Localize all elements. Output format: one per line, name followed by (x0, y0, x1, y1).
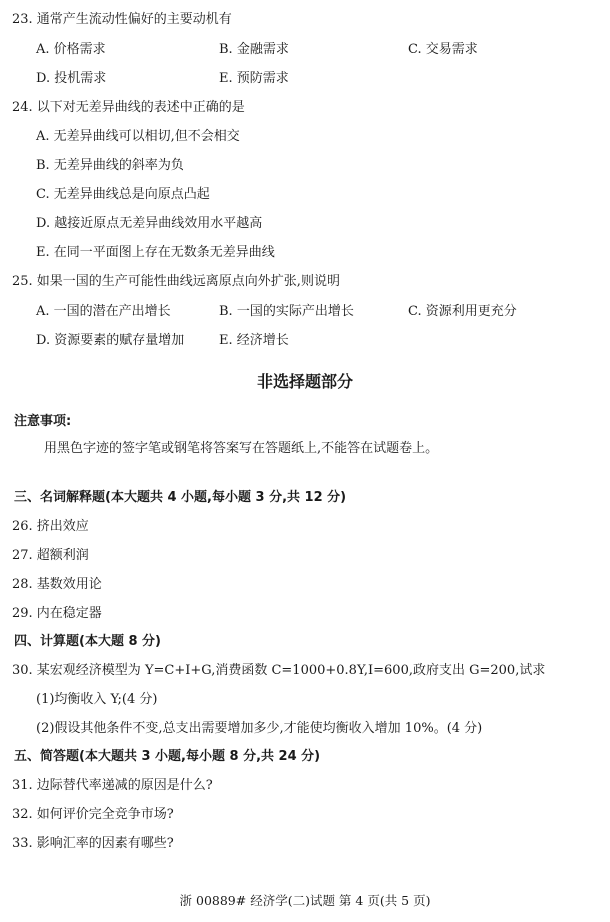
question-31: 31. 边际替代率递减的原因是什么? (12, 777, 213, 795)
q25-option-d: D. 资源要素的赋存量增加 (36, 332, 184, 350)
notice-text: 用黑色字迹的签字笔或钢笔将答案写在答题纸上,不能答在试题卷上。 (44, 440, 438, 458)
q25-option-c: C. 资源利用更充分 (408, 303, 517, 321)
part3-heading: 三、名词解释题(本大题共 4 小题,每小题 3 分,共 12 分) (14, 489, 346, 507)
q23-option-c: C. 交易需求 (408, 41, 478, 59)
section-title: 非选择题部分 (0, 373, 610, 391)
notice-heading: 注意事项: (14, 413, 71, 431)
question-23-stem: 23. 通常产生流动性偏好的主要动机有 (12, 11, 232, 29)
q24-option-d: D. 越接近原点无差异曲线效用水平越高 (36, 215, 262, 233)
q24-option-a: A. 无差异曲线可以相切,但不会相交 (36, 128, 240, 146)
term-26: 26. 挤出效应 (12, 518, 89, 536)
question-30-stem: 30. 某宏观经济模型为 Y=C+I+G,消费函数 C=1000+0.8Y,I=… (12, 662, 545, 680)
q25-option-a: A. 一国的潜在产出增长 (36, 303, 171, 321)
term-28: 28. 基数效用论 (12, 576, 102, 594)
q23-option-a: A. 价格需求 (36, 41, 106, 59)
q30-sub-1: (1)均衡收入 Y;(4 分) (36, 691, 157, 709)
q24-option-e: E. 在同一平面图上存在无数条无差异曲线 (36, 244, 275, 262)
q25-option-b: B. 一国的实际产出增长 (219, 303, 354, 321)
question-25-stem: 25. 如果一国的生产可能性曲线远离原点向外扩张,则说明 (12, 273, 340, 291)
part5-heading: 五、简答题(本大题共 3 小题,每小题 8 分,共 24 分) (14, 748, 320, 766)
q25-option-e: E. 经济增长 (219, 332, 289, 350)
term-27: 27. 超额利润 (12, 547, 89, 565)
question-24-stem: 24. 以下对无差异曲线的表述中正确的是 (12, 99, 245, 117)
page-footer: 浙 00889# 经济学(二)试题 第 4 页(共 5 页) (0, 892, 610, 910)
q24-option-c: C. 无差异曲线总是向原点凸起 (36, 186, 210, 204)
q23-option-e: E. 预防需求 (219, 70, 289, 88)
part4-heading: 四、计算题(本大题 8 分) (14, 633, 161, 651)
q23-option-b: B. 金融需求 (219, 41, 289, 59)
question-32: 32. 如何评价完全竞争市场? (12, 806, 174, 824)
q30-sub-2: (2)假设其他条件不变,总支出需要增加多少,才能使均衡收入增加 10%。(4 分… (36, 720, 482, 738)
question-33: 33. 影响汇率的因素有哪些? (12, 835, 174, 853)
q24-option-b: B. 无差异曲线的斜率为负 (36, 157, 184, 175)
q23-option-d: D. 投机需求 (36, 70, 106, 88)
term-29: 29. 内在稳定器 (12, 605, 102, 623)
